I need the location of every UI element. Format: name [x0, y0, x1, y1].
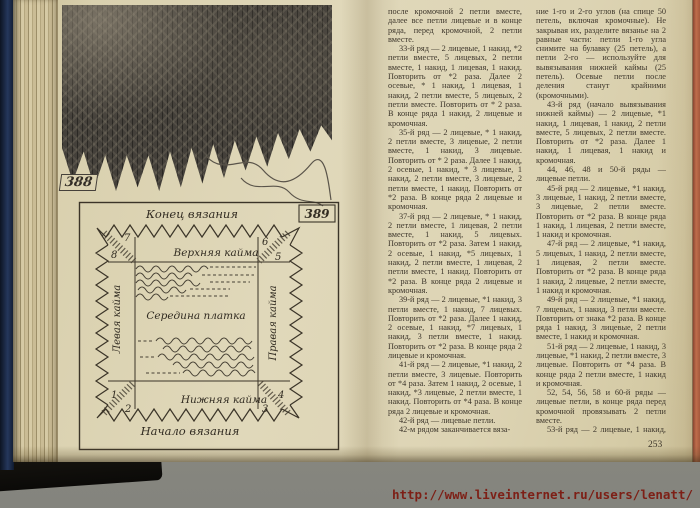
scanned-book-page: 388 389: [0, 0, 700, 508]
paragraph: 52, 54, 56, 58 и 60-й ряды — лицевые пет…: [536, 388, 666, 425]
paragraph: 37-й ряд — 2 лицевые, * 1 накид, 2 петли…: [388, 212, 522, 296]
paragraph: ние 1-го и 2-го углов (на спице 50 петел…: [536, 7, 666, 100]
paragraph: после кромочной 2 петли вместе, далее вс…: [388, 7, 522, 44]
paragraph: 49-й ряд — 2 лицевые, *1 накид, 7 лицевы…: [536, 295, 666, 341]
corner-hatching: [104, 233, 288, 413]
figure-388-label: 388: [59, 174, 99, 191]
text-column-left: после кромочной 2 петли вместе, далее вс…: [388, 7, 522, 457]
band-grid: [108, 237, 290, 409]
paragraph: 43-й ряд (начало вывязывания нижней кайм…: [536, 100, 666, 165]
book-spread: 388 389: [13, 0, 700, 462]
paragraph: 39-й ряд — 2 лицевые, *1 накид, 3 петли …: [388, 295, 522, 360]
paragraph: 33-й ряд — 2 лицевые, 1 накид, *2 петли …: [388, 44, 522, 128]
corner-number: 6: [262, 237, 269, 248]
diagram-label-top-band: Верхняя кайма: [173, 247, 259, 259]
diagram-label-right-band: Правая кайма: [268, 285, 279, 361]
paragraph: 51-й ряд — 2 лицевые, 1 накид, 3 лицевые…: [536, 342, 666, 388]
book-spine: [0, 0, 14, 470]
corner-number: 5: [275, 252, 281, 263]
paragraph: 35-й ряд — 2 лицевые, * 1 накид, 2 петли…: [388, 128, 522, 212]
diagram-label-center: Середина платка: [146, 310, 245, 322]
paragraph: 41-й ряд — 2 лицевые, *1 накид, 2 петли …: [388, 360, 522, 416]
shawl-diagram: 389: [78, 201, 340, 452]
paragraph: 45-й ряд — 2 лицевые, *1 накид, 3 лицевы…: [536, 184, 666, 240]
page-stack-edge: [13, 0, 58, 462]
corner-number: 7: [124, 233, 131, 244]
diagram-label-end: Конец вязания: [145, 207, 238, 221]
paragraph: 42-й ряд — лицевые петли.: [388, 416, 522, 425]
text-column-right: ние 1-го и 2-го углов (на спице 50 петел…: [536, 7, 666, 435]
paragraph: 47-й ряд — 2 лицевые, *1 накид, 5 лицевы…: [536, 239, 666, 295]
paragraph: 53-й ряд — 2 лицевые, 1 накид, *2 петли …: [536, 425, 666, 435]
paragraph: 44, 46, 48 и 50-й ряды — лицевые петли.: [536, 165, 666, 184]
figure-389-label: 389: [304, 207, 330, 221]
page-bottom-shadow: [13, 446, 700, 462]
watermark-url: http://www.liveinternet.ru/users/lenatt/: [392, 487, 693, 502]
diagram-label-left-band: Левая кайма: [112, 285, 123, 355]
diagram-label-bottom-band: Нижняя кайма: [180, 394, 267, 406]
corner-number: 4: [277, 390, 284, 401]
corner-number: 8: [111, 250, 117, 261]
diagram-label-start: Начало вязания: [140, 424, 240, 438]
book-fore-edge: [693, 0, 700, 462]
paragraph: 42-м рядом заканчивается вяза-: [388, 425, 522, 434]
corner-number: 1: [111, 390, 117, 401]
corner-number: 2: [124, 404, 131, 415]
